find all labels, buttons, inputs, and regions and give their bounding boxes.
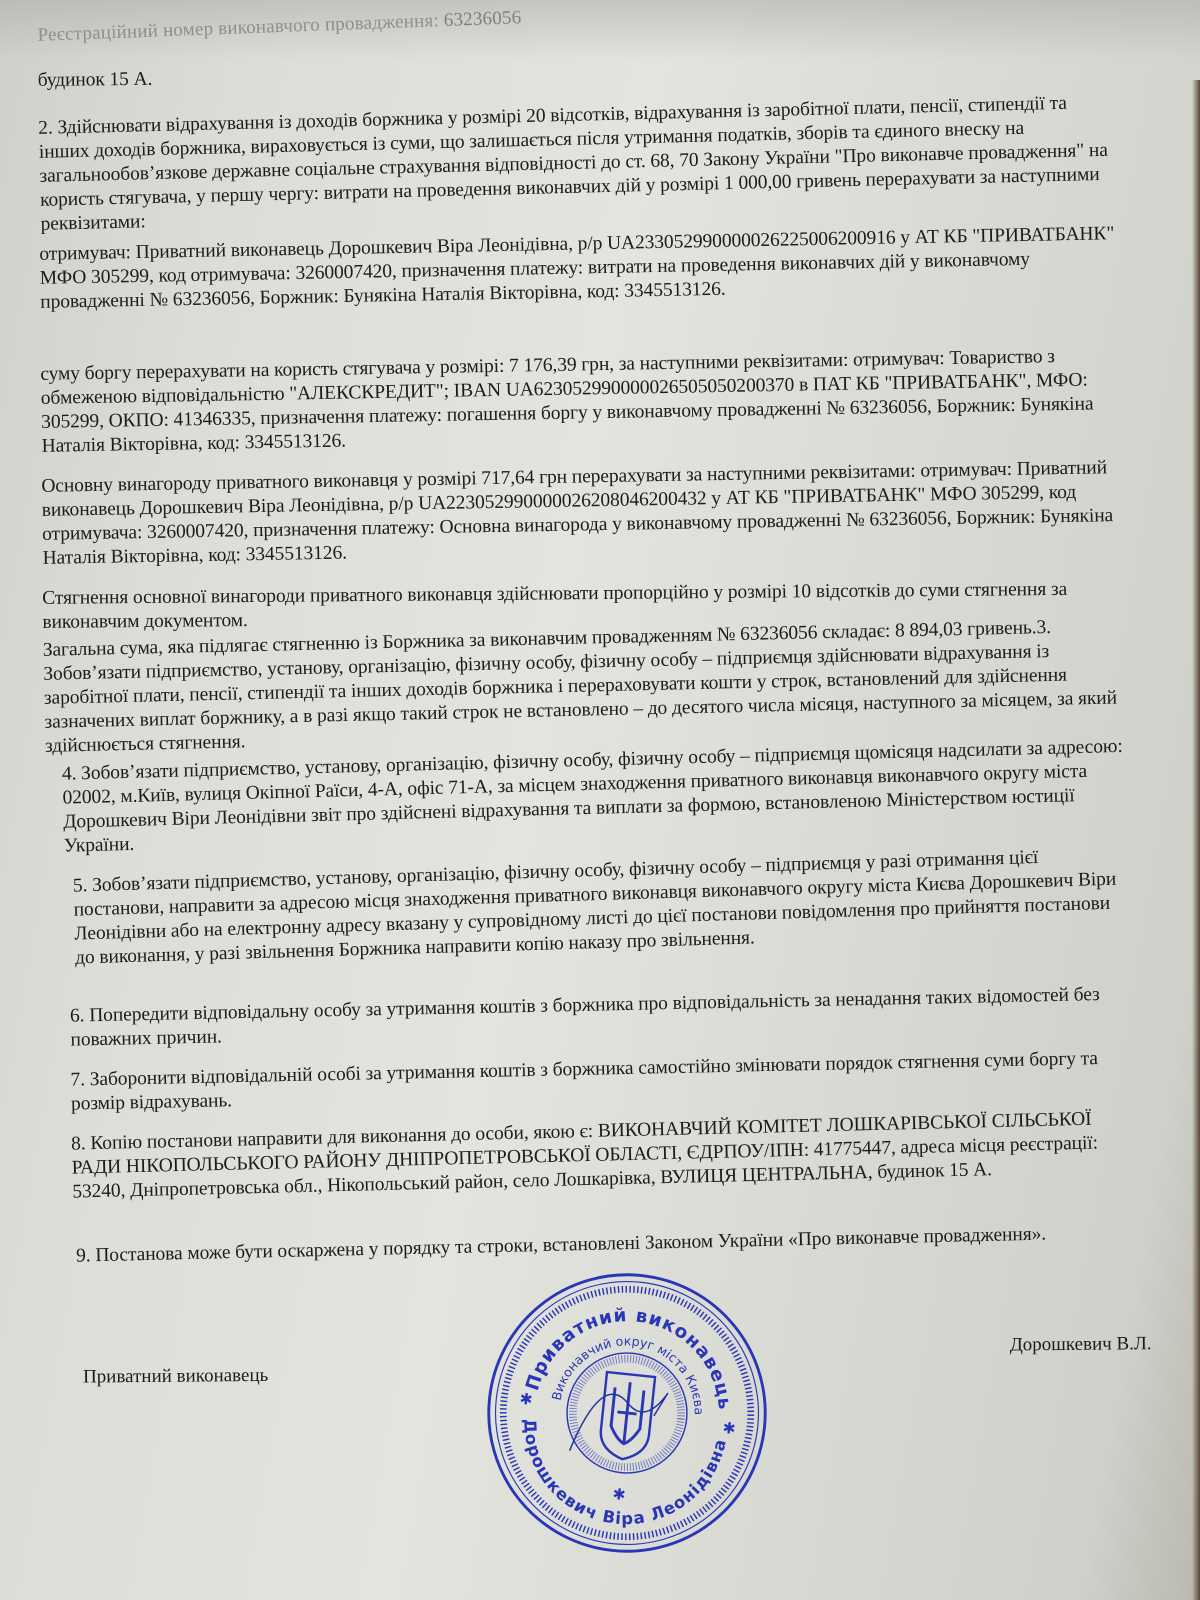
star-icon: ✱ (722, 1420, 737, 1438)
registration-label: Реєстраційний номер виконавчого провадже… (37, 10, 439, 46)
paragraph-5: 5. Зобов’язати підприємство, установу, о… (73, 843, 1125, 970)
star-icon: ✱ (519, 1391, 534, 1409)
trident-emblem-icon (598, 1372, 655, 1462)
star-icon: ✱ (612, 1486, 627, 1504)
registration-header: Реєстраційний номер виконавчого провадже… (37, 7, 522, 47)
paragraph-2: 2. Здійснювати відрахування із доходів б… (38, 90, 1121, 236)
registration-number: 63236056 (443, 7, 521, 31)
paragraph-expenses: отримувач: Приватний виконавець Дорошкев… (39, 222, 1120, 315)
svg-text:Дорошкевич Віра Леонідівна: Дорошкевич Віра Леонідівна (510, 1416, 730, 1538)
paragraph-debt: суму боргу перерахувати на користь стягу… (40, 344, 1122, 459)
signature-title: Приватний виконавець (83, 1365, 268, 1389)
paragraph-fee: Основну винагороду приватного виконавця … (41, 456, 1123, 571)
paragraph-address-tail: будинок 15 А. (38, 59, 1118, 92)
paragraph-6: 6. Попередити відповідальну особу за утр… (70, 982, 1151, 1053)
signature-name: Дорошкевич В.Л. (1010, 1333, 1152, 1356)
paragraph-8: 8. Копію постанови направити для виконан… (71, 1106, 1142, 1204)
paragraph-total: Загальна сума, яка підлягає стягненню із… (43, 614, 1125, 758)
paragraph-7: 7. Заборонити відповідальній особі за ут… (70, 1046, 1151, 1117)
stamp-bottom-text: Дорошкевич Віра Леонідівна (510, 1416, 730, 1538)
official-stamp: Приватний виконавець Виконавчий округ мі… (468, 1254, 787, 1573)
paragraph-9: 9. Постанова може бути оскаржена у поряд… (76, 1220, 1156, 1268)
